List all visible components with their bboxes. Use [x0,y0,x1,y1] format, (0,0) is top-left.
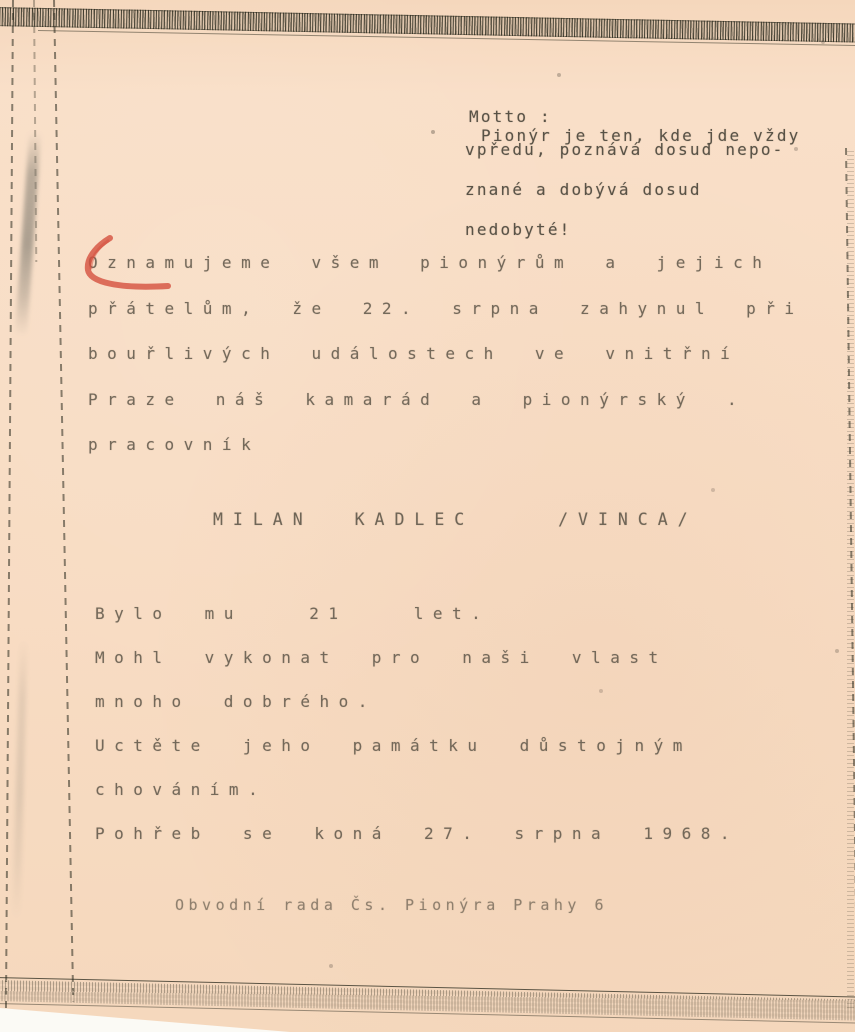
issuer-signature: Obvodní rada Čs. Pionýra Prahy 6 [175,896,608,914]
details-line: Uctěte jeho památku důstojným [95,724,739,768]
details-line: Mohl vykonat pro naši vlast [95,636,739,680]
red-pen-mark [78,232,198,302]
motto-line: vpředu, poznává dosud nepo- [465,130,785,170]
announcement-line: bouřlivých událostech ve vnitřní [88,331,804,377]
details-line: Bylo mu 21 let. [95,592,739,636]
details-line: mnoho dobrého. [95,680,739,724]
scanned-document: Motto : Pionýr je ten, kde jde vždy vpře… [0,0,855,1032]
announcement-line: pracovník [88,422,804,468]
typewritten-text: Motto : Pionýr je ten, kde jde vždy vpře… [0,0,855,1032]
motto-line: znané a dobývá dosud [465,170,785,210]
motto-label: Motto : [469,107,552,126]
details-line: chováním. [95,768,739,812]
announcement-line: Praze náš kamarád a pionýrský . [88,377,804,423]
details-line: Pohřeb se koná 27. srpna 1968. [95,812,739,856]
deceased-name: MILAN KADLEC /VINCA/ [213,510,698,529]
motto-block: vpředu, poznává dosud nepo- znané a dobý… [465,130,785,250]
details-block: Bylo mu 21 let. Mohl vykonat pro naši vl… [95,592,739,856]
